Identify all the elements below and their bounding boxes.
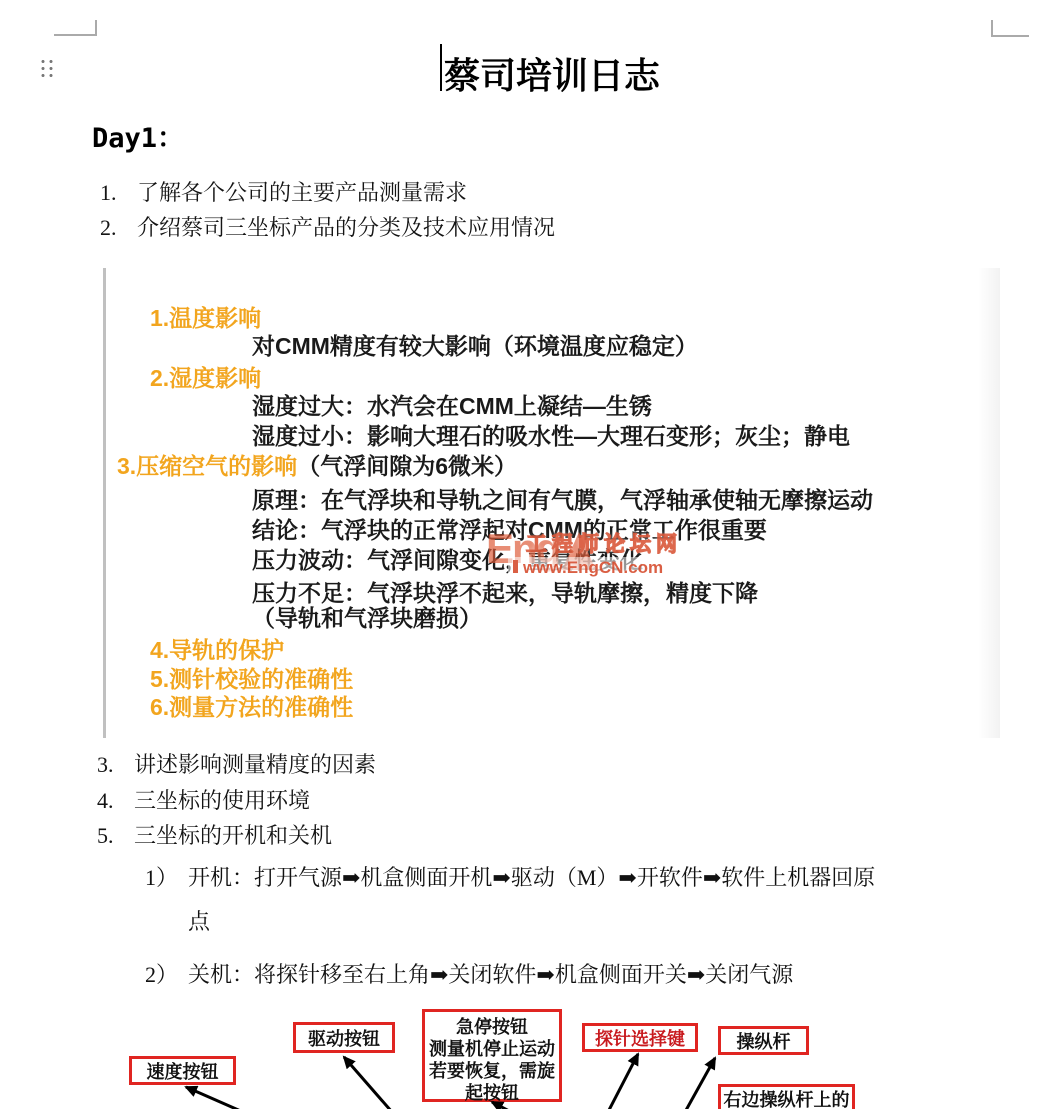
callout-probe-select-key[interactable]: 探针选择键 bbox=[582, 1023, 698, 1052]
list-item-number: 4. bbox=[97, 788, 134, 814]
list-item-text: 讲述影响测量精度的因素 bbox=[134, 752, 376, 777]
list-item-text: 三坐标的开机和关机 bbox=[134, 823, 332, 848]
list-item-text: 了解各个公司的主要产品测量需求 bbox=[137, 180, 467, 205]
slide-right-edge-shading bbox=[978, 268, 1000, 738]
slide-text-line: 对CMM精度有较大影响（环境温度应稳定） bbox=[252, 328, 698, 361]
list-item: 5.三坐标的开机和关机 bbox=[97, 819, 332, 850]
list-item-number: 1. bbox=[100, 180, 137, 206]
callout-line: 起按钮 bbox=[465, 1082, 519, 1104]
slide-text-line: 湿度过大：水汽会在CMM上凝结—生锈 bbox=[252, 388, 652, 421]
procedure-text: 关机：将探针移至右上角➡关闭软件➡机盒侧面开关➡关闭气源 bbox=[188, 962, 793, 987]
callout-right-joystick[interactable]: 右边操纵杆上的 bbox=[718, 1084, 855, 1109]
callout-label: 驱动按钮 bbox=[308, 1025, 380, 1051]
slide-text-line: 湿度过小：影响大理石的吸水性—大理石变形；灰尘；静电 bbox=[252, 418, 850, 451]
procedure-number: 2） bbox=[145, 958, 188, 989]
text-cursor bbox=[440, 44, 442, 91]
callout-joystick[interactable]: 操纵杆 bbox=[718, 1026, 809, 1055]
watermark: Eng 工程师论坛网 www.EngCN.com bbox=[486, 526, 711, 584]
callout-line: 若要恢复，需旋 bbox=[429, 1060, 555, 1082]
procedure-text: 点 bbox=[188, 909, 210, 934]
procedure-text: 开机：打开气源➡机盒侧面开机➡驱动（M）➡开软件➡软件上机器回原 bbox=[188, 865, 875, 890]
margin-mark-topleft-v bbox=[95, 20, 97, 36]
slide-heading-method: 6.测量方法的准确性 bbox=[150, 689, 353, 722]
procedure-number: 1） bbox=[145, 861, 188, 892]
margin-mark-topright-h bbox=[991, 35, 1029, 37]
procedure-shutdown: 2）关机：将探针移至右上角➡关闭软件➡机盒侧面开关➡关闭气源 bbox=[145, 958, 793, 989]
slide-text-line: （导轨和气浮块磨损） bbox=[252, 600, 482, 633]
callout-label: 探针选择键 bbox=[595, 1025, 685, 1051]
list-item: 1.了解各个公司的主要产品测量需求 bbox=[100, 176, 467, 207]
margin-mark-topleft-h bbox=[54, 34, 97, 36]
watermark-url: www.EngCN.com bbox=[508, 557, 668, 579]
page-title: 蔡司培训日志 bbox=[444, 48, 660, 99]
list-item-number: 5. bbox=[97, 823, 134, 849]
slide-heading-temperature: 1.温度影响 bbox=[150, 300, 261, 333]
document-page[interactable]: 蔡司培训日志 Day1： 1.了解各个公司的主要产品测量需求 2.介绍蔡司三坐标… bbox=[0, 0, 1064, 1109]
callout-line: 测量机停止运动 bbox=[429, 1038, 555, 1060]
list-item-number: 3. bbox=[97, 752, 134, 778]
callout-line: 急停按钮 bbox=[456, 1016, 528, 1038]
slide-heading-black-part: （气浮间隙为6微米） bbox=[297, 453, 517, 479]
watermark-bar-icon bbox=[513, 560, 518, 573]
list-item: 3.讲述影响测量精度的因素 bbox=[97, 748, 376, 779]
list-item-number: 2. bbox=[100, 215, 137, 241]
list-item: 4.三坐标的使用环境 bbox=[97, 784, 310, 815]
callout-label: 右边操纵杆上的 bbox=[724, 1086, 850, 1109]
list-item-text: 三坐标的使用环境 bbox=[134, 788, 310, 813]
callout-emergency-stop[interactable]: 急停按钮 测量机停止运动 若要恢复，需旋 起按钮 bbox=[422, 1009, 562, 1102]
list-item: 2.介绍蔡司三坐标产品的分类及技术应用情况 bbox=[100, 211, 555, 242]
procedure-startup-line1: 1）开机：打开气源➡机盒侧面开机➡驱动（M）➡开软件➡软件上机器回原 bbox=[145, 861, 875, 892]
list-item-text: 介绍蔡司三坐标产品的分类及技术应用情况 bbox=[137, 215, 555, 240]
callout-speed-button[interactable]: 速度按钮 bbox=[129, 1056, 236, 1085]
drag-handle-icon[interactable] bbox=[39, 58, 55, 79]
slide-heading-compressed-air: 3.压缩空气的影响（气浮间隙为6微米） bbox=[117, 448, 517, 481]
callout-label: 速度按钮 bbox=[147, 1058, 219, 1084]
procedure-startup-line2: 点 bbox=[188, 905, 210, 936]
slide-heading-orange-part: 3.压缩空气的影响 bbox=[117, 453, 297, 479]
watermark-url-text: www.EngCN.com bbox=[523, 558, 663, 577]
embedded-slide-image[interactable]: 1.温度影响 对CMM精度有较大影响（环境温度应稳定） 2.湿度影响 湿度过大：… bbox=[103, 268, 1000, 738]
slide-text-line: 原理：在气浮块和导轨之间有气膜，气浮轴承使轴无摩擦运动 bbox=[252, 482, 873, 515]
callout-label: 操纵杆 bbox=[737, 1028, 791, 1054]
slide-heading-humidity: 2.湿度影响 bbox=[150, 360, 261, 393]
callout-drive-button[interactable]: 驱动按钮 bbox=[293, 1022, 395, 1053]
watermark-site-name: 工程师论坛网 bbox=[526, 528, 682, 558]
day-heading: Day1： bbox=[92, 116, 184, 155]
